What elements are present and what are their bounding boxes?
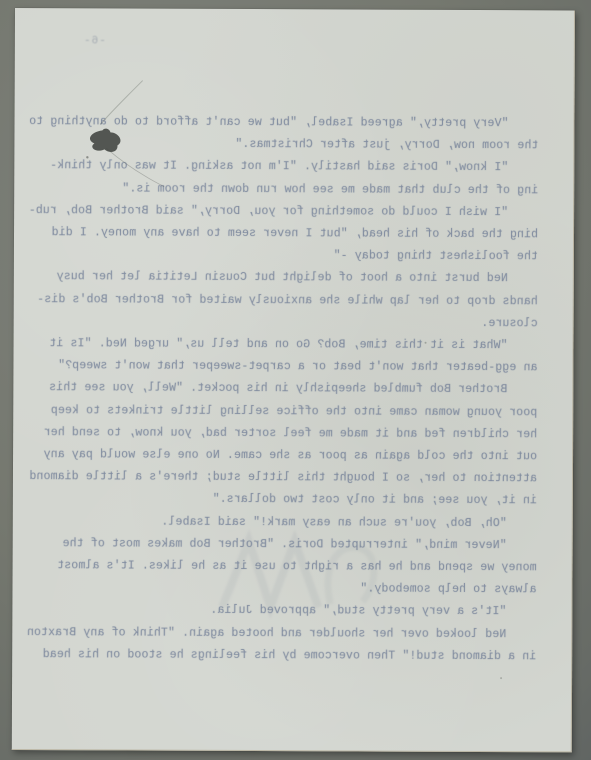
typed-line: always to help somebody."	[34, 577, 536, 601]
typed-line: hands drop to her lap while she anxiousl…	[36, 289, 538, 313]
typed-line: the foolishest thing today -"	[36, 244, 538, 268]
scanner-background: -6- "Very pretty," agreed Isabel, "but w…	[0, 0, 591, 760]
page-number: -6-	[83, 35, 106, 47]
typed-line: "It's a very pretty stud," approved Juli…	[34, 600, 536, 624]
mirrored-bleedthrough-layer: -6- "Very pretty," agreed Isabel, "but w…	[12, 8, 574, 751]
typed-line: in a diamond stud!" Then overcome by his…	[34, 644, 536, 668]
typed-line: the room now, Dorry, just after Christma…	[36, 133, 538, 157]
typed-text: "Very pretty," agreed Isabel, "but we ca…	[34, 111, 538, 668]
typed-line: Ned looked over her shoulder and hooted …	[34, 622, 536, 646]
typed-line: bing the back of his head, "but I never …	[36, 222, 538, 246]
typed-line: ing of the club that made me see how run…	[36, 178, 538, 202]
typed-line: in it, you see; and it only cost two dol…	[35, 489, 537, 513]
typed-line: "What is it this time, Bob? Go on and te…	[35, 333, 537, 357]
typed-line: "I know," Doris said hastily. "I'm not a…	[36, 156, 538, 180]
scanned-page: -6- "Very pretty," agreed Isabel, "but w…	[12, 8, 575, 752]
typed-line: poor young woman came into the office se…	[35, 400, 537, 424]
typed-line: "Never mind," interrupted Doris. "Brothe…	[35, 533, 537, 557]
typed-line: money we spend and he has a right to use…	[35, 555, 537, 579]
typed-line: out into the cold again as poor as she c…	[35, 444, 537, 468]
typed-line: "I wish I could do something for you, Do…	[36, 200, 538, 224]
typed-line: Brother Bob fumbled sheepishly in his po…	[35, 378, 537, 402]
typed-line: "Very pretty," agreed Isabel, "but we ca…	[36, 111, 538, 135]
typed-line: her children fed and it made me feel sor…	[35, 422, 537, 446]
typed-line: attention to her, so I bought this littl…	[35, 466, 537, 490]
typed-line: an egg-beater that won't beat or a carpe…	[35, 355, 537, 379]
typed-line: "Oh, Bob, you're such an easy mark!" sai…	[35, 511, 537, 535]
typed-line: closure.	[36, 311, 538, 335]
typed-line: Ned burst into a hoot of delight but Cou…	[36, 267, 538, 291]
